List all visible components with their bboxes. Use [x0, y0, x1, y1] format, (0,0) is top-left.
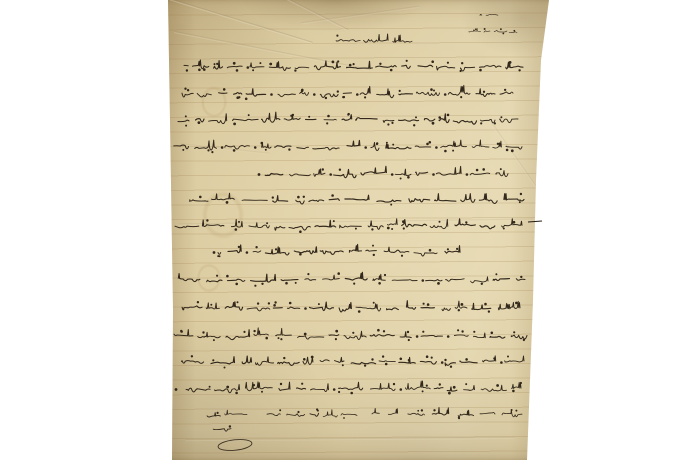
signature-middle: [267, 409, 357, 419]
body-line-13: [175, 381, 521, 394]
handwriting-layer: [0, 0, 700, 460]
body-line-1: [184, 60, 523, 72]
heading-line: [336, 34, 412, 42]
signature-flourish: [218, 438, 253, 452]
body-line-6: [190, 193, 524, 205]
signature-left-word: [213, 426, 231, 431]
body-line-9: [178, 272, 525, 286]
docket-note-2: [469, 28, 517, 34]
body-line-5: [258, 166, 508, 179]
body-line-10: [182, 301, 520, 313]
body-line-4: [174, 140, 522, 153]
docket-note-1: [480, 14, 498, 15]
body-line-2: [182, 85, 513, 99]
body-line-12: [182, 356, 525, 368]
scanned-document-stage: [0, 0, 700, 460]
signature-right: [372, 408, 522, 419]
body-line-11: [174, 328, 527, 341]
margin-dash: [528, 221, 542, 222]
body-line-8: [213, 244, 460, 256]
body-line-3: [178, 112, 518, 126]
signature-left: [207, 410, 247, 417]
body-line-7: [175, 219, 522, 233]
